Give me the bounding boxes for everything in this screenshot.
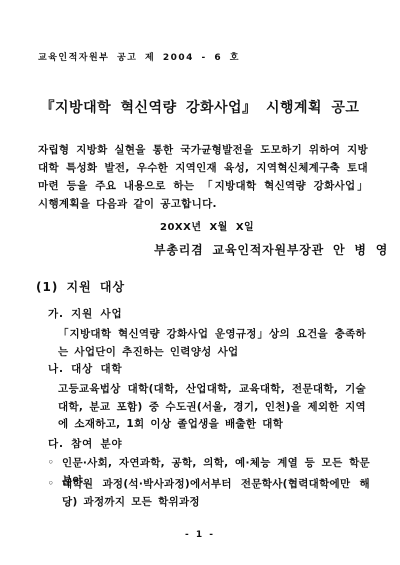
announcement-date: 20XX년 X월 X일 [160,218,254,233]
page-title: 『지방대학 혁신역량 강화사업』 시행계획 공고 [0,97,400,117]
bullet-item-degrees: ◦ 대학원 과정(석·박사과정)에서부터 전문학사(협력대학에만 해당) 과정까… [48,476,370,511]
page-number: - 1 - [0,530,400,540]
bullet-circle-icon: ◦ [48,476,62,494]
doc-number: 교육인적자원부 공고 제 2004 - 6 호 [38,50,240,63]
document-page: 교육인적자원부 공고 제 2004 - 6 호 『지방대학 혁신역량 강화사업』… [0,0,400,565]
section-heading-support-target: (1) 지원 대상 [36,278,125,295]
signer-line: 부총리겸 교육인적자원부장관 안 병 영 [154,241,388,258]
bullet-circle-icon: ◦ [48,455,62,473]
intro-paragraph: 자립형 지방화 실현을 통한 국가균형발전을 도모하기 위하여 지방대학 특성화… [38,141,368,213]
item-b-label: 나. 대상 대학 [48,361,122,376]
item-a-label: 가. 지원 사업 [48,306,122,321]
item-a-body: 「지방대학 혁신역량 강화사업 운영규정」상의 요건을 충족하는 사업단이 추진… [58,326,366,361]
bullet-item-degrees-text: 대학원 과정(석·박사과정)에서부터 전문학사(협력대학에만 해당) 과정까지 … [62,476,370,511]
item-b-body: 고등교육법상 대학(대학, 산업대학, 교육대학, 전문대학, 기술대학, 분교… [58,381,366,434]
item-c-label: 다. 참여 분야 [48,436,122,451]
